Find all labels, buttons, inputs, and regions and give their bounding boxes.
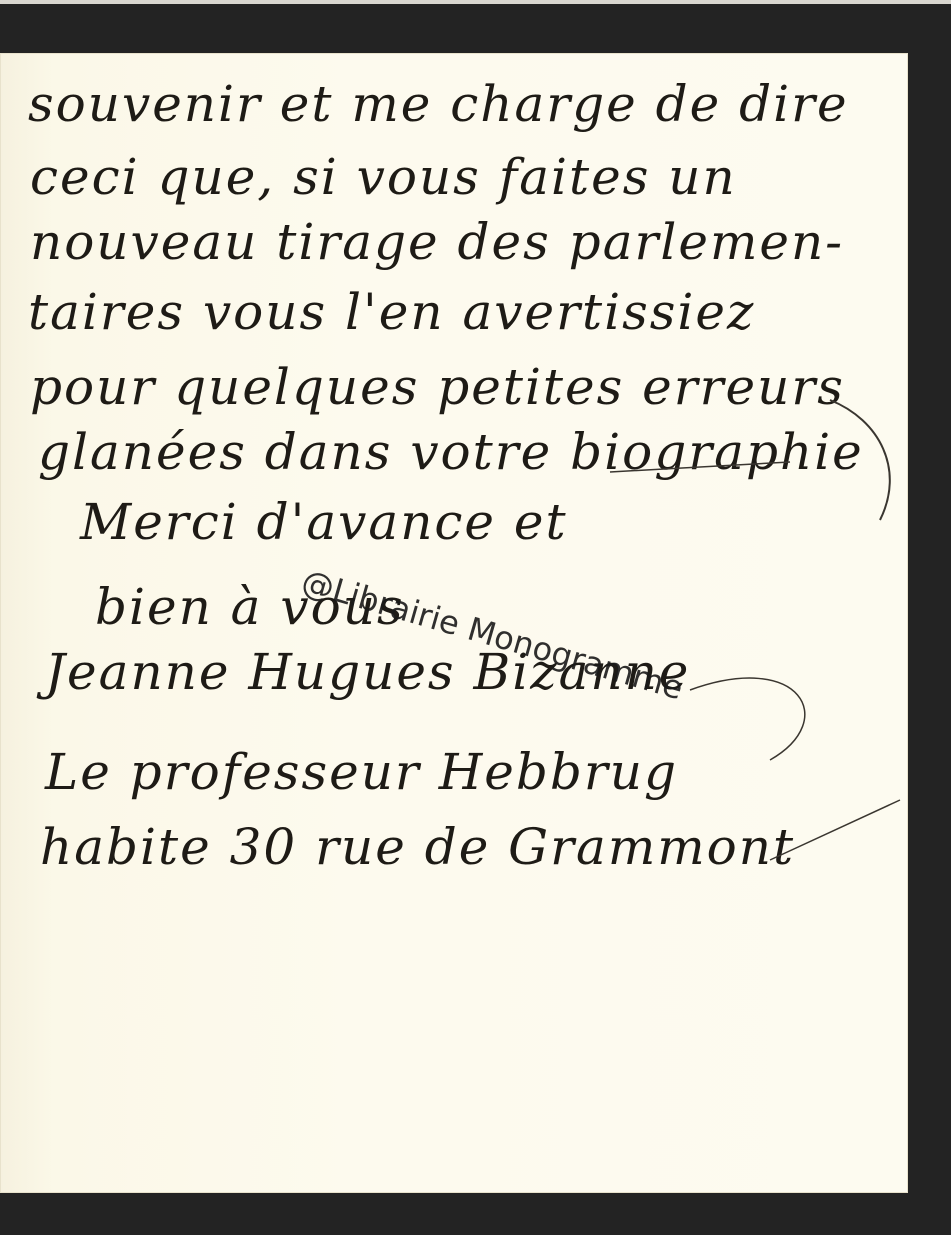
handwritten-line-4: taires vous l'en avertissiez: [28, 283, 755, 341]
handwritten-line-6: glanées dans votre biographie: [38, 423, 864, 481]
scan-top-edge: [0, 0, 951, 4]
handwritten-line-2: ceci que, si vous faites un: [30, 148, 737, 206]
handwritten-line-11: habite 30 rue de Grammont: [40, 818, 795, 876]
handwritten-line-5: pour quelques petites erreurs: [30, 358, 845, 416]
handwritten-line-1: souvenir et me charge de dire: [28, 75, 849, 133]
handwritten-line-10: Le professeur Hebbrug: [45, 743, 678, 801]
handwritten-line-7: Merci d'avance et: [80, 493, 568, 551]
handwritten-line-3: nouveau tirage des parlemen-: [30, 213, 844, 271]
